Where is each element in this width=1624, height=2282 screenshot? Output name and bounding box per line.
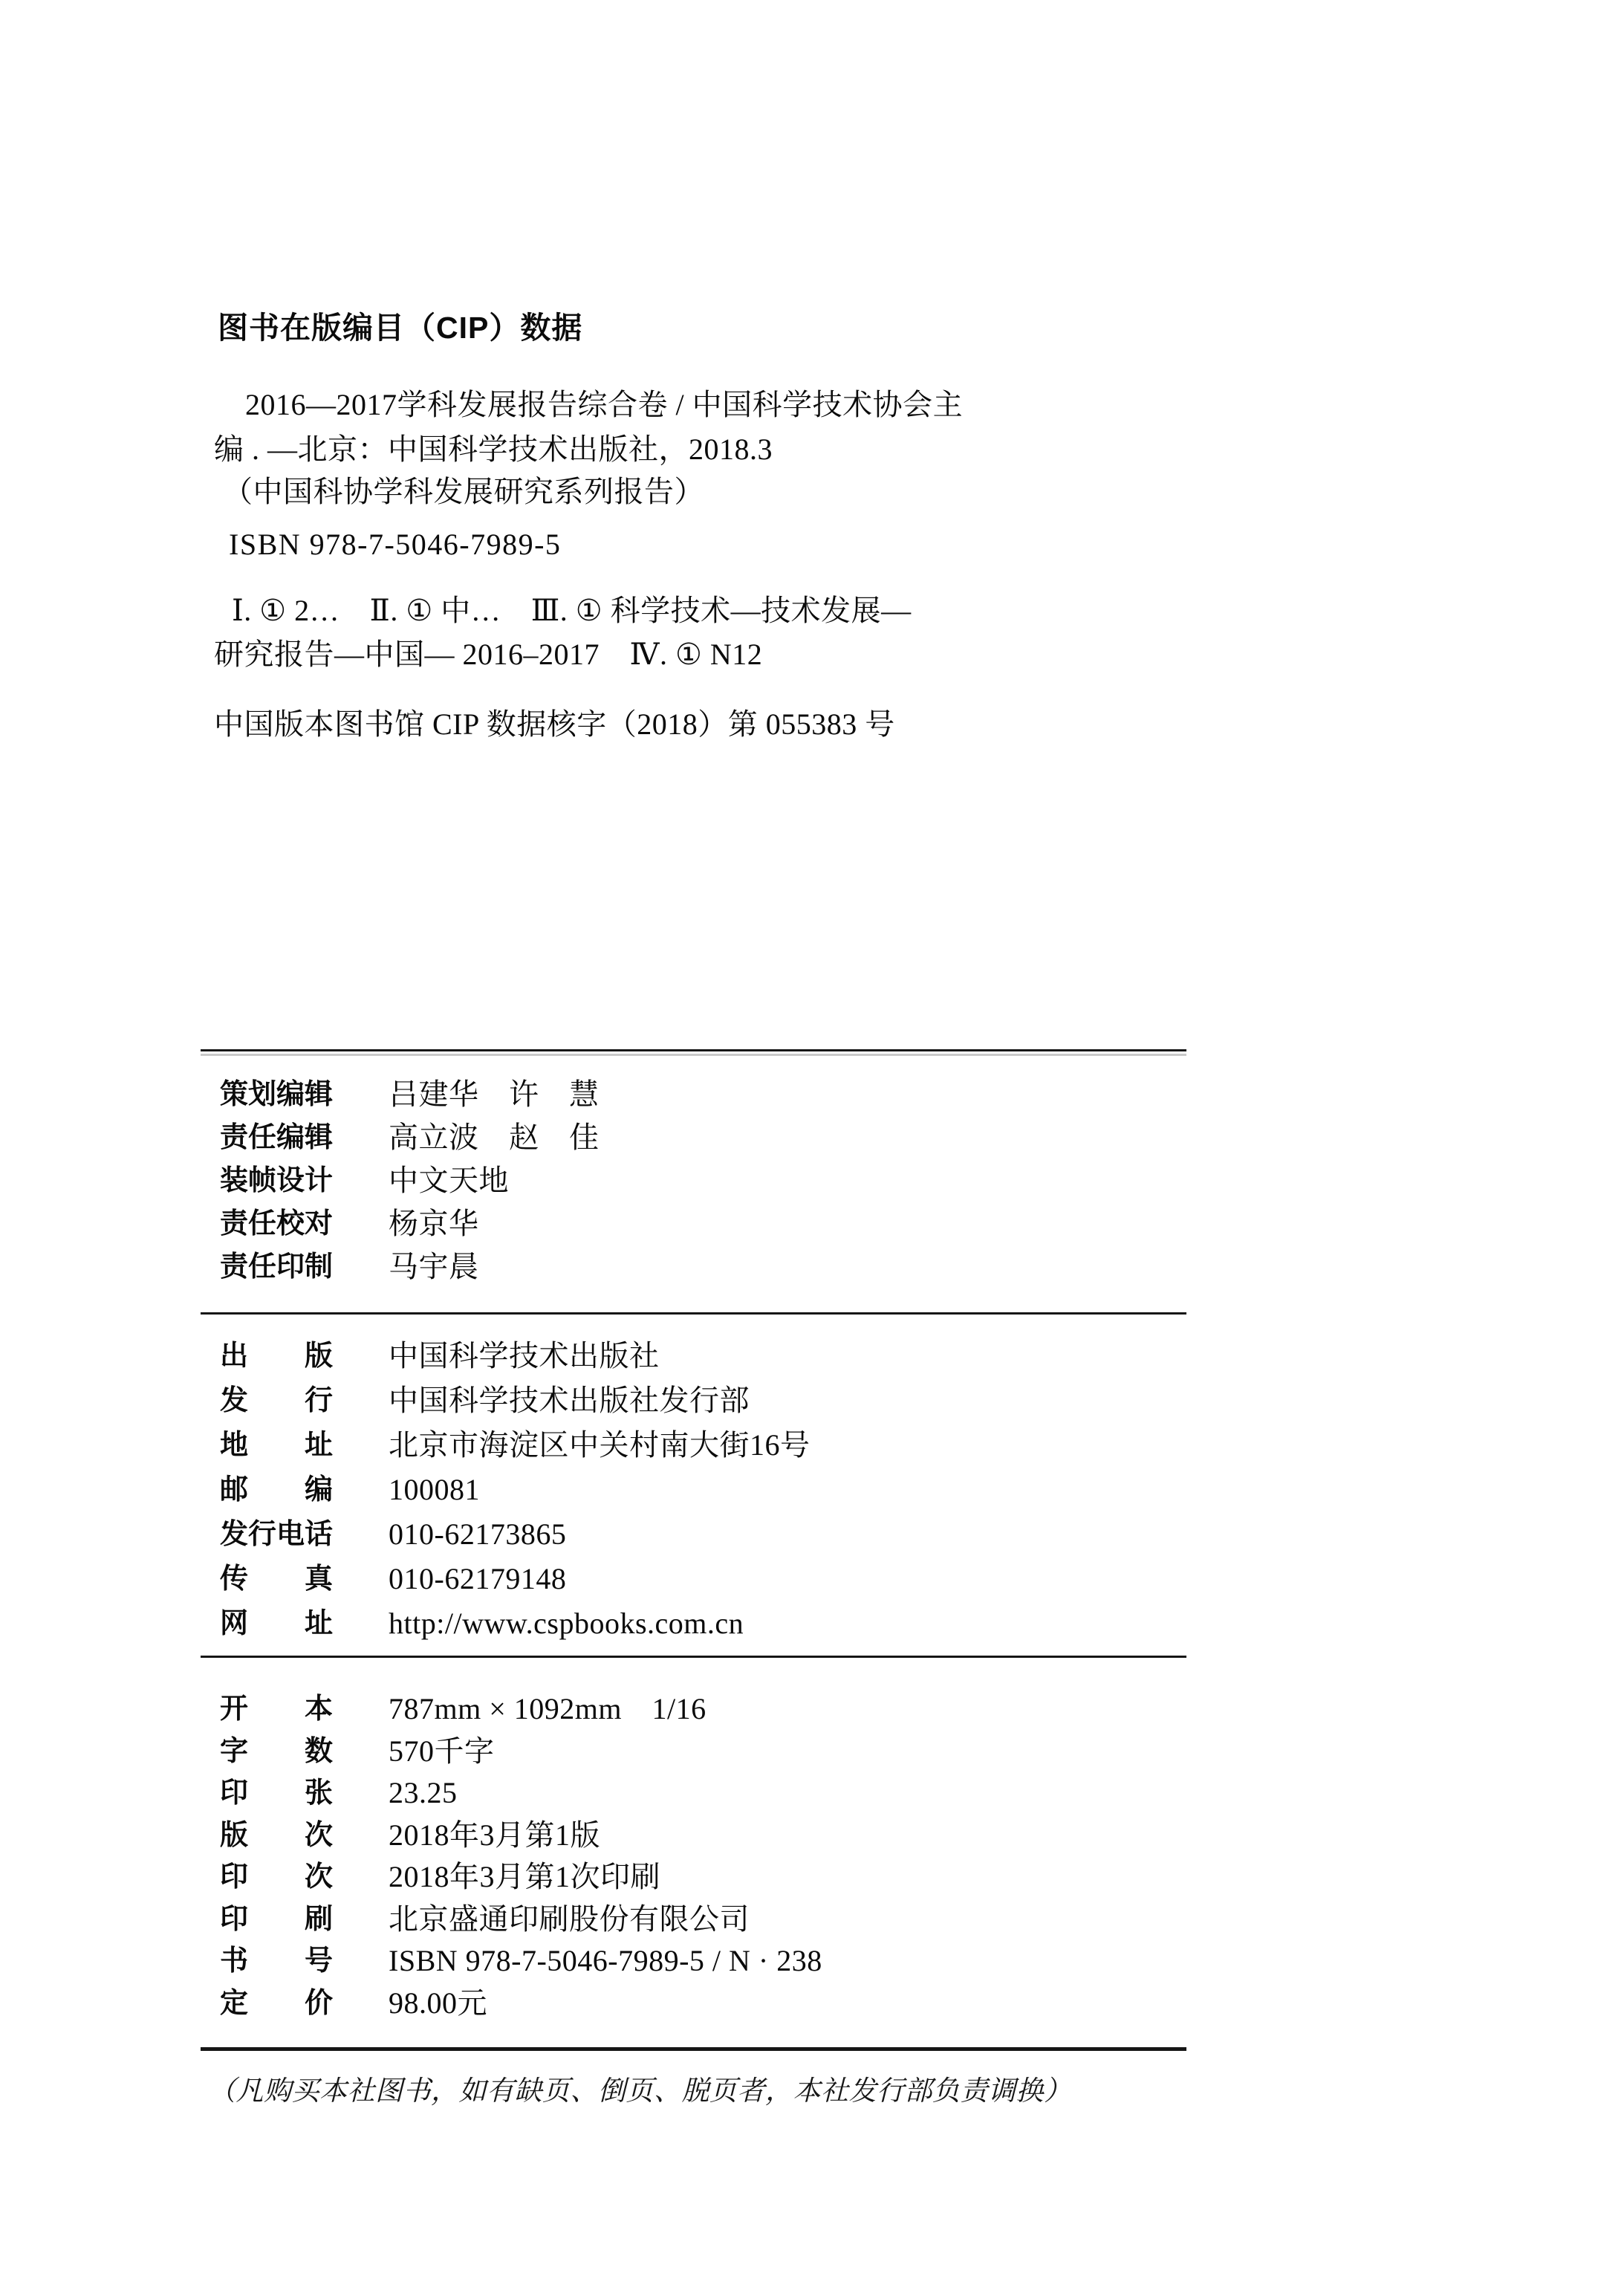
exchange-notice: （凡购买本社图书，如有缺页、倒页、脱页者，本社发行部负责调换）: [208, 2078, 1072, 2105]
table-row: 网址 http://www.cspbooks.com.cn: [220, 1601, 811, 1646]
row-label: 印刷: [220, 1905, 333, 1933]
divider-top: [201, 1049, 1186, 1051]
row-label: 策划编辑: [220, 1080, 333, 1109]
editors-section: 策划编辑 吕建华 许 慧 责任编辑 高立波 赵 佳 装帧设计 中文天地 责任校对…: [220, 1073, 600, 1289]
row-label: 装帧设计: [220, 1167, 333, 1195]
cip-class-line2: 研究报告—中国— 2016–2017 Ⅳ. ① N12: [214, 640, 762, 670]
table-row: 发行 中国科学技术出版社发行部: [220, 1378, 811, 1423]
row-label: 定价: [220, 1989, 333, 2017]
row-value: 2018年3月第1次印刷: [389, 1862, 660, 1892]
row-value: 010-62173865: [389, 1520, 566, 1549]
table-row: 责任印制 马宇晨: [220, 1245, 600, 1289]
row-value: 杨京华: [389, 1209, 479, 1239]
row-value: 23.25: [389, 1778, 458, 1808]
row-value: ISBN 978-7-5046-7989-5 / N · 238: [389, 1946, 822, 1976]
row-value: 吕建华 许 慧: [389, 1080, 600, 1109]
row-label: 责任校对: [220, 1210, 333, 1238]
cip-title-line2: 编 . —北京：中国科学技术出版社，2018.3: [214, 435, 773, 464]
specs-section: 开本 787mm × 1092mm 1/16 字数 570千字 印张 23.25…: [220, 1688, 822, 2024]
row-label: 版次: [220, 1821, 333, 1850]
row-value: 中文天地: [389, 1166, 509, 1196]
table-row: 开本 787mm × 1092mm 1/16: [220, 1688, 822, 1731]
cip-heading: 图书在版编目（CIP）数据: [218, 313, 582, 343]
row-label: 字数: [220, 1737, 333, 1766]
table-row: 印张 23.25: [220, 1772, 822, 1815]
row-value: 570千字: [389, 1737, 495, 1766]
row-value: 98.00元: [389, 1988, 487, 2018]
row-value: 2018年3月第1版: [389, 1821, 600, 1850]
table-row: 定价 98.00元: [220, 1983, 822, 2025]
row-label: 印次: [220, 1863, 333, 1891]
table-row: 书号 ISBN 978-7-5046-7989-5 / N · 238: [220, 1940, 822, 1983]
cip-title-line1: 2016—2017学科发展报告综合卷 / 中国科学技术协会主: [245, 390, 963, 420]
divider-publisher-bottom: [201, 1656, 1186, 1658]
row-label: 出版: [220, 1342, 333, 1370]
row-value: http://www.cspbooks.com.cn: [389, 1609, 744, 1638]
table-row: 地址 北京市海淀区中关村南大街16号: [220, 1423, 811, 1468]
copyright-page: 图书在版编目（CIP）数据 2016—2017学科发展报告综合卷 / 中国科学技…: [0, 0, 1624, 2282]
cip-class-line1: Ⅰ. ① 2… Ⅱ. ① 中… Ⅲ. ① 科学技术—技术发展—: [232, 596, 912, 626]
table-row: 发行电话 010-62173865: [220, 1512, 811, 1557]
row-value: 北京市海淀区中关村南大街16号: [389, 1430, 811, 1460]
table-row: 出版 中国科学技术出版社: [220, 1334, 811, 1378]
table-row: 传真 010-62179148: [220, 1557, 811, 1601]
row-value: 马宇晨: [389, 1252, 479, 1282]
row-label: 地址: [220, 1431, 333, 1459]
row-value: 高立波 赵 佳: [389, 1123, 600, 1153]
row-label: 开本: [220, 1695, 333, 1723]
divider-editors-bottom: [201, 1312, 1186, 1315]
row-label: 网址: [220, 1610, 333, 1638]
divider-specs-bottom: [201, 2047, 1186, 2051]
table-row: 责任编辑 高立波 赵 佳: [220, 1116, 600, 1159]
row-label: 责任印制: [220, 1253, 333, 1281]
row-value: 北京盛通印刷股份有限公司: [389, 1905, 750, 1934]
publisher-section: 出版 中国科学技术出版社 发行 中国科学技术出版社发行部 地址 北京市海淀区中关…: [220, 1334, 811, 1646]
row-value: 787mm × 1092mm 1/16: [389, 1694, 707, 1724]
row-label: 发行: [220, 1387, 333, 1415]
table-row: 责任校对 杨京华: [220, 1202, 600, 1245]
row-label: 责任编辑: [220, 1124, 333, 1152]
row-value: 010-62179148: [389, 1564, 566, 1594]
cip-isbn-line: ISBN 978-7-5046-7989-5: [229, 530, 561, 560]
cip-series-line: （中国科协学科发展研究系列报告）: [223, 477, 704, 507]
row-label: 书号: [220, 1947, 333, 1975]
table-row: 版次 2018年3月第1版: [220, 1815, 822, 1857]
row-label: 传真: [220, 1565, 333, 1593]
table-row: 印刷 北京盛通印刷股份有限公司: [220, 1899, 822, 1941]
row-value: 中国科学技术出版社发行部: [389, 1386, 750, 1416]
row-value: 100081: [389, 1475, 480, 1505]
table-row: 邮编 100081: [220, 1468, 811, 1512]
cip-record-line: 中国版本图书馆 CIP 数据核字（2018）第 055383 号: [214, 710, 895, 739]
table-row: 字数 570千字: [220, 1731, 822, 1773]
table-row: 印次 2018年3月第1次印刷: [220, 1856, 822, 1899]
row-label: 发行电话: [220, 1520, 333, 1549]
table-row: 策划编辑 吕建华 许 慧: [220, 1073, 600, 1116]
row-value: 中国科学技术出版社: [389, 1341, 660, 1371]
table-row: 装帧设计 中文天地: [220, 1159, 600, 1202]
row-label: 邮编: [220, 1476, 333, 1504]
row-label: 印张: [220, 1779, 333, 1807]
